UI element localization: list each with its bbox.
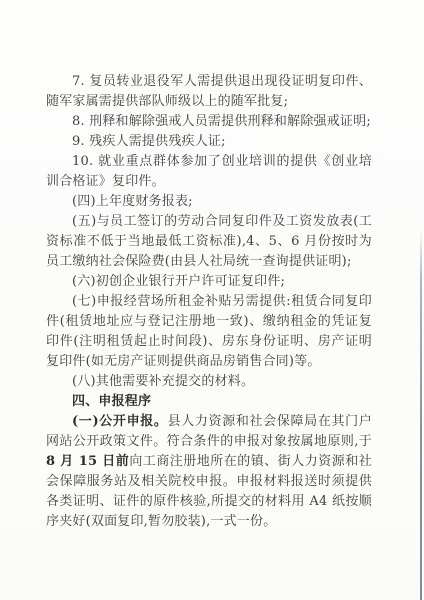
para-item-9: 9. 残疾人需提供残疾人证; — [46, 132, 372, 152]
para-item-8: 8. 刑释和解除强戒人员需提供刑释和解除强戒证明; — [46, 112, 372, 132]
para-public-application-lead: (一)公开申报。 — [72, 414, 168, 429]
para-public-application: (一)公开申报。县人力资源和社会保障局在其门户网站公开政策文件。符合条件的申报对… — [46, 412, 372, 532]
para-attachment-5: (五)与员工签订的劳动合同复印件及工资发放表(工资标准不低于当地最低工资标准),… — [46, 212, 372, 272]
para-attachment-8: (八)其他需要补充提交的材料。 — [46, 372, 372, 392]
para-attachment-7: (七)申报经营场所租金补贴另需提供:租赁合同复印件(租赁地址应与登记注册地一致)… — [46, 292, 372, 372]
para-item-10: 10. 就业重点群体参加了创业培训的提供《创业培训合格证》复印件。 — [46, 152, 372, 192]
para-attachment-4: (四)上年度财务报表; — [46, 192, 372, 212]
para-attachment-6: (六)初创企业银行开户许可证复印件; — [46, 272, 372, 292]
para-item-7: 7. 复员转业退役军人需提供退出现役证明复印件、随军家属需提供部队师级以上的随军… — [46, 72, 372, 112]
para-public-application-deadline: 8 月 15 日前 — [46, 454, 129, 469]
document-body-text: 7. 复员转业退役军人需提供退出现役证明复印件、随军家属需提供部队师级以上的随军… — [46, 72, 372, 532]
section-heading-application-procedure: 四、申报程序 — [46, 392, 372, 412]
scan-page-edge-line — [420, 228, 422, 600]
scanned-document-page: 7. 复员转业退役军人需提供退出现役证明复印件、随军家属需提供部队师级以上的随军… — [0, 0, 424, 600]
